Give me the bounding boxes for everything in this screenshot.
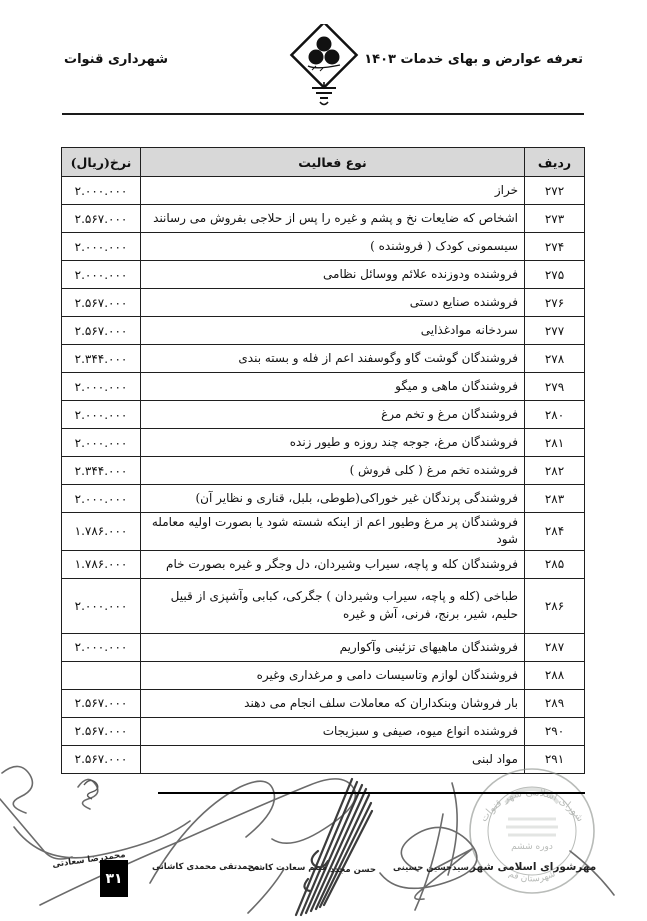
row-number: ۲۸۸ — [525, 661, 585, 689]
signature-scribbles: شورای اسلامی شهر قنوات دوره ششم شهرستان … — [0, 755, 647, 921]
table-row: ۲۷۷سردخانه موادغذایی۲.۵۶۷.۰۰۰ — [62, 317, 585, 345]
footer-divider — [158, 792, 585, 794]
rate: ۲.۵۶۷.۰۰۰ — [62, 205, 141, 233]
activity: فروشندگان مرغ، جوجه چند روزه و طیور زنده — [141, 429, 525, 457]
rate: ۲.۵۶۷.۰۰۰ — [62, 317, 141, 345]
rate: ۲.۵۶۷.۰۰۰ — [62, 717, 141, 745]
row-number: ۲۸۲ — [525, 457, 585, 485]
seal-label: مهرشورای اسلامی شهر — [470, 861, 596, 873]
row-number: ۲۸۹ — [525, 689, 585, 717]
signatory-name: حسن مجدد — [330, 865, 376, 875]
table-row: ۲۸۱فروشندگان مرغ، جوجه چند روزه و طیور ز… — [62, 429, 585, 457]
row-number: ۲۷۷ — [525, 317, 585, 345]
row-number: ۲۷۸ — [525, 345, 585, 373]
table-row: ۲۸۵فروشندگان کله و پاچه، سیراب وشیردان، … — [62, 550, 585, 578]
table-row: ۲۷۲خراز۲.۰۰۰.۰۰۰ — [62, 177, 585, 205]
row-number: ۲۷۹ — [525, 373, 585, 401]
tariff-table: ردیف نوع فعالیت نرخ(ریال) ۲۷۲خراز۲.۰۰۰.۰… — [61, 147, 585, 774]
row-number: ۲۸۱ — [525, 429, 585, 457]
rate: ۲.۰۰۰.۰۰۰ — [62, 429, 141, 457]
municipality-logo-icon — [288, 24, 360, 108]
activity: بار فروشان وبنکداران که معاملات سلف انجا… — [141, 689, 525, 717]
rate: ۲.۰۰۰.۰۰۰ — [62, 261, 141, 289]
activity: فروشندگان پر مرغ وطیور اعم از اینکه شسته… — [141, 513, 525, 551]
signatory-name: سیدحسین حسینی — [393, 863, 469, 873]
row-number: ۲۸۰ — [525, 401, 585, 429]
rate: ۲.۰۰۰.۰۰۰ — [62, 485, 141, 513]
rate: ۱.۷۸۶.۰۰۰ — [62, 513, 141, 551]
document-page: تعرفه عوارض و بهای خدمات ۱۴۰۳ شهرداری قن… — [0, 0, 647, 921]
col-header-rate: نرخ(ریال) — [62, 148, 141, 177]
rate: ۲.۰۰۰.۰۰۰ — [62, 401, 141, 429]
rate: ۲.۳۴۴.۰۰۰ — [62, 457, 141, 485]
activity: فروشنده انواع میوه، صیفی و سبزیجات — [141, 717, 525, 745]
activity: فروشنده صنایع دستی — [141, 289, 525, 317]
table-row: ۲۸۳فروشندگی پرندگان غیر خوراکی(طوطی، بلب… — [62, 485, 585, 513]
row-number: ۲۷۵ — [525, 261, 585, 289]
row-number: ۲۷۲ — [525, 177, 585, 205]
table-row: ۲۸۹بار فروشان وبنکداران که معاملات سلف ا… — [62, 689, 585, 717]
row-number: ۲۸۷ — [525, 633, 585, 661]
page-number: ۳۱ — [100, 860, 128, 897]
rate: ۲.۰۰۰.۰۰۰ — [62, 578, 141, 633]
activity: فروشندگی پرندگان غیر خوراکی(طوطی، بلبل، … — [141, 485, 525, 513]
rate: ۲.۵۶۷.۰۰۰ — [62, 689, 141, 717]
table-row: ۲۸۷فروشندگان ماهیهای تزئینی وآکواریم۲.۰۰… — [62, 633, 585, 661]
activity: فروشندگان گوشت گاو وگوسفند اعم از فله و … — [141, 345, 525, 373]
signatory-name: میثم سعادت کاشی — [248, 863, 327, 873]
row-number: ۲۷۳ — [525, 205, 585, 233]
svg-text:دوره ششم: دوره ششم — [511, 842, 553, 852]
activity: فروشندگان کله و پاچه، سیراب وشیردان، دل … — [141, 550, 525, 578]
table-row: ۲۷۵فروشنده ودوزنده علائم ووسائل نظامی۲.۰… — [62, 261, 585, 289]
council-stamp-icon: شورای اسلامی شهر قنوات دوره ششم شهرستان … — [470, 769, 594, 893]
activity: فروشندگان لوازم وتاسیسات دامی و مرغداری … — [141, 661, 525, 689]
rate: ۲.۰۰۰.۰۰۰ — [62, 373, 141, 401]
table-row: ۲۸۶طباخی (کله و پاچه، سیراب وشیردان ) جگ… — [62, 578, 585, 633]
table-row: ۲۷۸فروشندگان گوشت گاو وگوسفند اعم از فله… — [62, 345, 585, 373]
col-header-activity: نوع فعالیت — [141, 148, 525, 177]
tariff-table-container: ردیف نوع فعالیت نرخ(ریال) ۲۷۲خراز۲.۰۰۰.۰… — [62, 147, 585, 774]
activity: خراز — [141, 177, 525, 205]
rate: ۲.۰۰۰.۰۰۰ — [62, 633, 141, 661]
row-number: ۲۸۳ — [525, 485, 585, 513]
activity: فروشندگان مرغ و تخم مرغ — [141, 401, 525, 429]
activity: فروشندگان ماهی و میگو — [141, 373, 525, 401]
table-header-row: ردیف نوع فعالیت نرخ(ریال) — [62, 148, 585, 177]
rate: ۲.۵۶۷.۰۰۰ — [62, 289, 141, 317]
table-row: ۲۸۰فروشندگان مرغ و تخم مرغ۲.۰۰۰.۰۰۰ — [62, 401, 585, 429]
activity: سردخانه موادغذایی — [141, 317, 525, 345]
rate — [62, 661, 141, 689]
signature-area: شورای اسلامی شهر قنوات دوره ششم شهرستان … — [0, 755, 647, 921]
activity: اشخاص که ضایعات نخ و پشم و غیره را پس از… — [141, 205, 525, 233]
rate: ۲.۳۴۴.۰۰۰ — [62, 345, 141, 373]
header-divider — [62, 113, 584, 115]
table-row: ۲۷۴سیسمونی کودک ( فروشنده )۲.۰۰۰.۰۰۰ — [62, 233, 585, 261]
row-number: ۲۸۶ — [525, 578, 585, 633]
activity: فروشندگان ماهیهای تزئینی وآکواریم — [141, 633, 525, 661]
row-number: ۲۷۴ — [525, 233, 585, 261]
rate: ۲.۰۰۰.۰۰۰ — [62, 233, 141, 261]
municipality-name: شهرداری قنوات — [64, 52, 168, 67]
row-number: ۲۹۰ — [525, 717, 585, 745]
row-number: ۲۸۴ — [525, 513, 585, 551]
activity: طباخی (کله و پاچه، سیراب وشیردان ) جگرکی… — [141, 578, 525, 633]
table-row: ۲۸۸فروشندگان لوازم وتاسیسات دامی و مرغدا… — [62, 661, 585, 689]
table-row: ۲۷۹فروشندگان ماهی و میگو۲.۰۰۰.۰۰۰ — [62, 373, 585, 401]
signatory-name: محمدتقی محمدی کاشانی — [152, 862, 259, 872]
document-title: تعرفه عوارض و بهای خدمات ۱۴۰۳ — [364, 52, 583, 67]
activity: فروشنده تخم مرغ ( کلی فروش ) — [141, 457, 525, 485]
table-row: ۲۸۴فروشندگان پر مرغ وطیور اعم از اینکه ش… — [62, 513, 585, 551]
row-number: ۲۷۶ — [525, 289, 585, 317]
activity: سیسمونی کودک ( فروشنده ) — [141, 233, 525, 261]
col-header-row-number: ردیف — [525, 148, 585, 177]
table-row: ۲۷۳اشخاص که ضایعات نخ و پشم و غیره را پس… — [62, 205, 585, 233]
table-row: ۲۷۶فروشنده صنایع دستی۲.۵۶۷.۰۰۰ — [62, 289, 585, 317]
row-number: ۲۸۵ — [525, 550, 585, 578]
rate: ۲.۰۰۰.۰۰۰ — [62, 177, 141, 205]
rate: ۱.۷۸۶.۰۰۰ — [62, 550, 141, 578]
table-row: ۲۹۰فروشنده انواع میوه، صیفی و سبزیجات۲.۵… — [62, 717, 585, 745]
table-row: ۲۸۲فروشنده تخم مرغ ( کلی فروش )۲.۳۴۴.۰۰۰ — [62, 457, 585, 485]
activity: فروشنده ودوزنده علائم ووسائل نظامی — [141, 261, 525, 289]
